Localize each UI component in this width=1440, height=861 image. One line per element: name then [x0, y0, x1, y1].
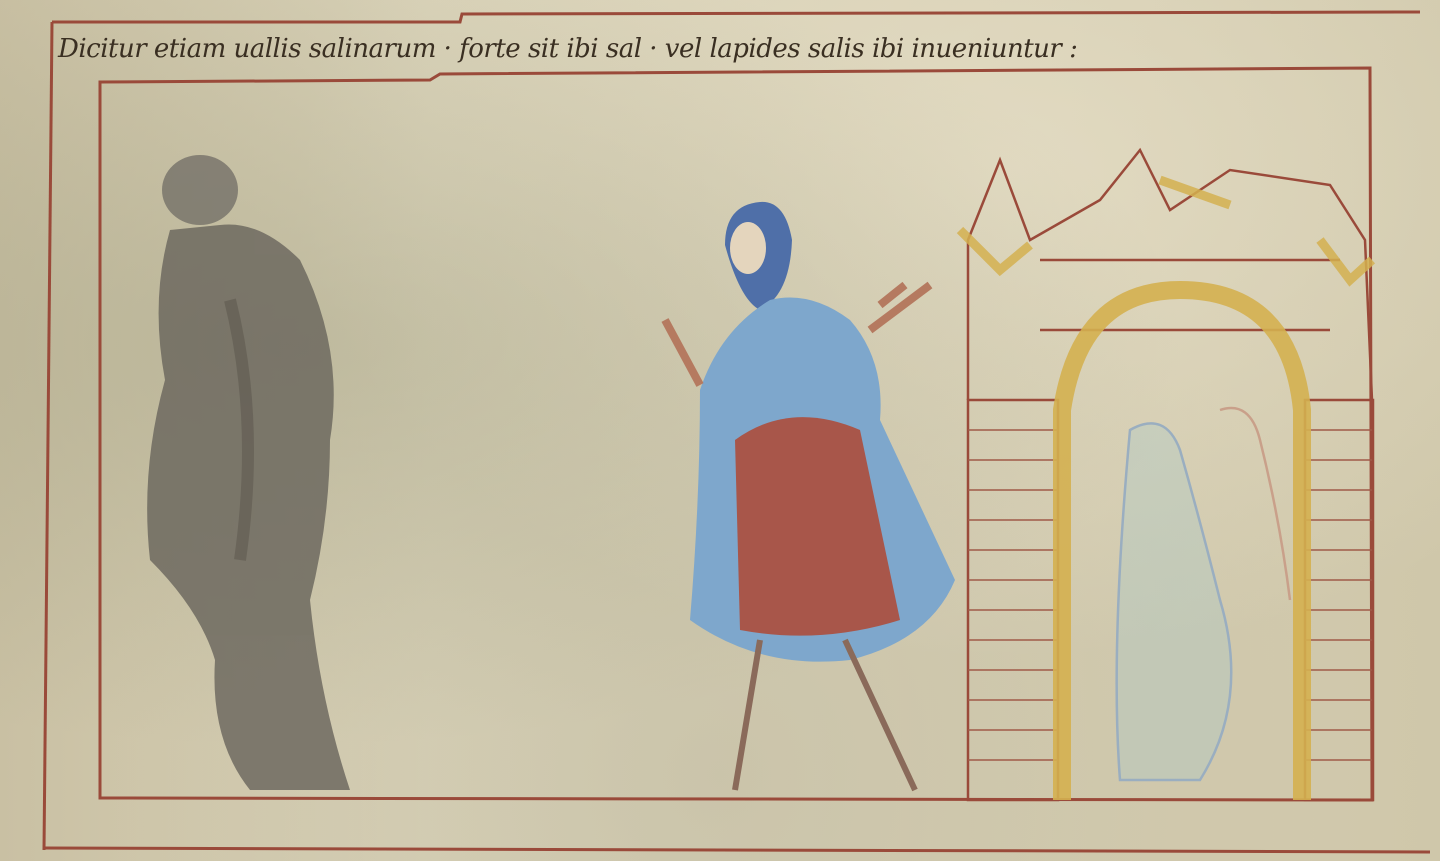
illumination-drawing: [0, 0, 1440, 861]
bearded-man-figure: [665, 202, 955, 790]
seated-figures: [1117, 408, 1290, 780]
pillar-of-salt-figure: [147, 155, 350, 790]
manuscript-page: Dicitur etiam uallis salinarum · forte s…: [0, 0, 1440, 861]
gold-roof-accent: [960, 180, 1372, 280]
